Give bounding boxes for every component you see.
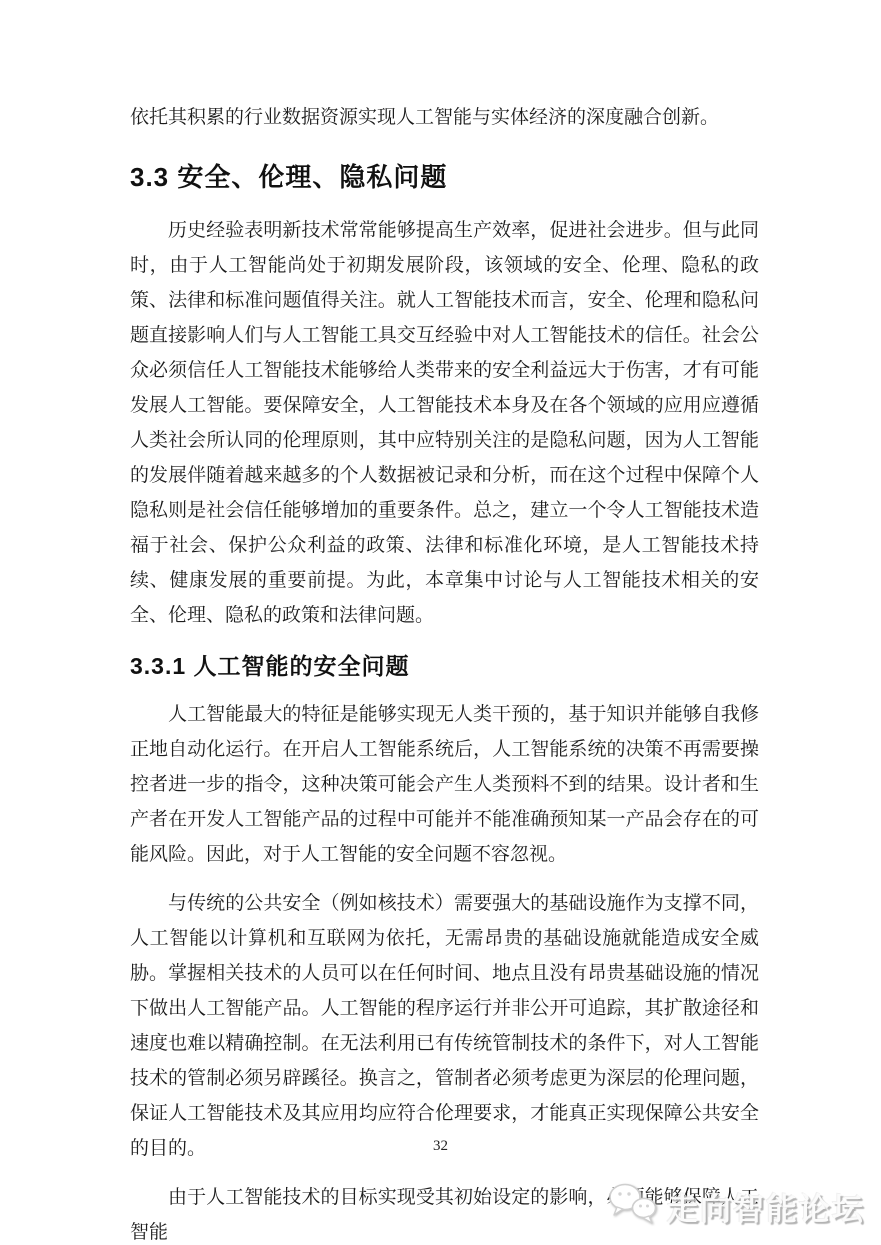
section-heading-3-3: 3.3 安全、伦理、隐私问题 (130, 159, 759, 195)
subsection-paragraph-2: 与传统的公共安全（例如核技术）需要强大的基础设施作为支撑不同，人工智能以计算机和… (130, 886, 759, 1166)
continuation-paragraph: 依托其积累的行业数据资源实现人工智能与实体经济的深度融合创新。 (130, 100, 759, 135)
brand-name: 走向智能论坛 (667, 1184, 865, 1229)
brand-watermark: 走向智能论坛 (607, 1182, 865, 1231)
subsection-paragraph-1: 人工智能最大的特征是能够实现无人类干预的，基于知识并能够自我修正地自动化运行。在… (130, 697, 759, 872)
page-content: 依托其积累的行业数据资源实现人工智能与实体经济的深度融合创新。 3.3 安全、伦… (0, 0, 881, 1245)
page-number: 32 (0, 1138, 881, 1155)
document-page: 依托其积累的行业数据资源实现人工智能与实体经济的深度融合创新。 3.3 安全、伦… (0, 0, 881, 1245)
wechat-bubbles-icon (607, 1182, 659, 1231)
subsection-heading-3-3-1: 3.3.1 人工智能的安全问题 (130, 649, 759, 683)
section-paragraph: 历史经验表明新技术常常能够提高生产效率，促进社会进步。但与此同时，由于人工智能尚… (130, 213, 759, 633)
